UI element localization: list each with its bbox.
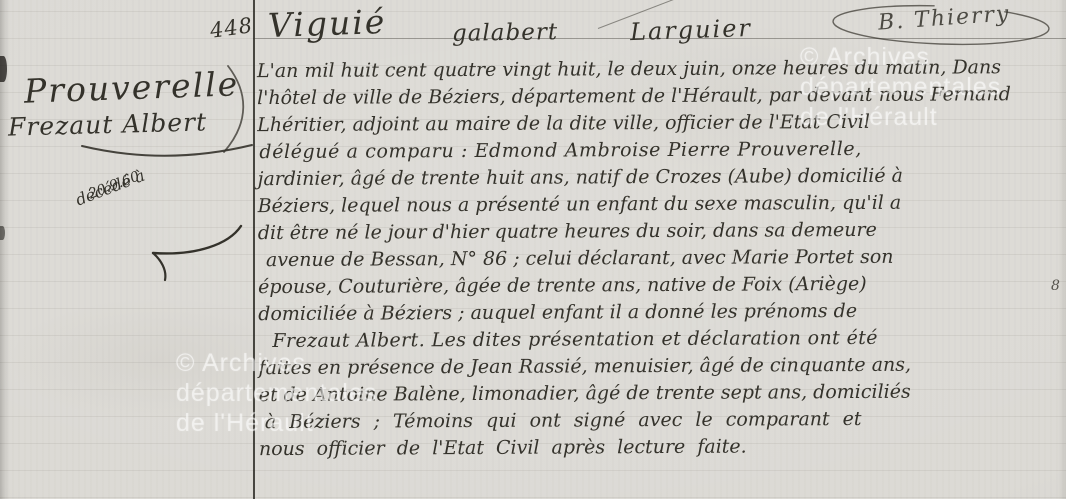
ink-blot [0,56,7,82]
signature-galabert: galabert [452,19,559,47]
death-annotation: décédé à 20.9.60 [73,168,142,208]
manuscript-line: et de Antoine Balène, limonadier, âgé de… [259,378,1063,409]
watermark-archives: © Archives départementales de l'Hérault [800,42,1001,132]
manuscript-line: dit être né le jour d'hier quatre heures… [258,216,1062,247]
watermark-line: de l'Hérault [800,102,1001,132]
manuscript-line: avenue de Bessan, N° 86 ; celui déclaran… [258,243,1062,274]
manuscript-line: Béziers, lequel nous a présenté un enfan… [258,189,1062,220]
manuscript-line: délégué a comparu : Edmond Ambroise Pier… [257,135,1061,166]
margin-name-surname: Prouverelle [23,64,239,110]
watermark-line: départementales [176,378,377,408]
manuscript-line: Frezaut Albert. Les dites présentation e… [258,324,1062,355]
manuscript-line: domiciliée à Béziers ; auquel enfant il … [258,297,1062,328]
margin-name-forenames: Frezaut Albert [8,107,208,141]
ink-blot [0,226,5,240]
signature-larguier: Larguier [630,14,753,46]
watermark-line: de l'Hérault [176,408,377,438]
manuscript-line: à Béziers ; Témoins qui ont signé avec l… [259,405,1063,436]
watermark-line: départementales [800,72,1001,102]
manuscript-line: faites en présence de Jean Rassié, menui… [258,351,1062,382]
watermark-line: © Archives [176,348,377,378]
check-stroke [145,222,249,284]
manuscript-line: jardinier, âgé de trente huit ans, natif… [257,162,1061,193]
act-number: 448 [209,13,255,43]
closing-paren-flourish [220,64,254,156]
manuscript-line: épouse, Couturière, âgée de trente ans, … [258,270,1062,301]
watermark-line: © Archives [800,42,1001,72]
death-annotation-text: décédé à [73,167,147,209]
manuscript-line: nous officier de l'Etat Civil après lect… [259,432,1063,463]
document-scan: 8 448 Prouverelle Frezaut Albert décédé … [0,0,1066,499]
signature-viguie: Viguié [267,2,387,45]
watermark-archives: © Archives départementales de l'Hérault [176,348,377,438]
